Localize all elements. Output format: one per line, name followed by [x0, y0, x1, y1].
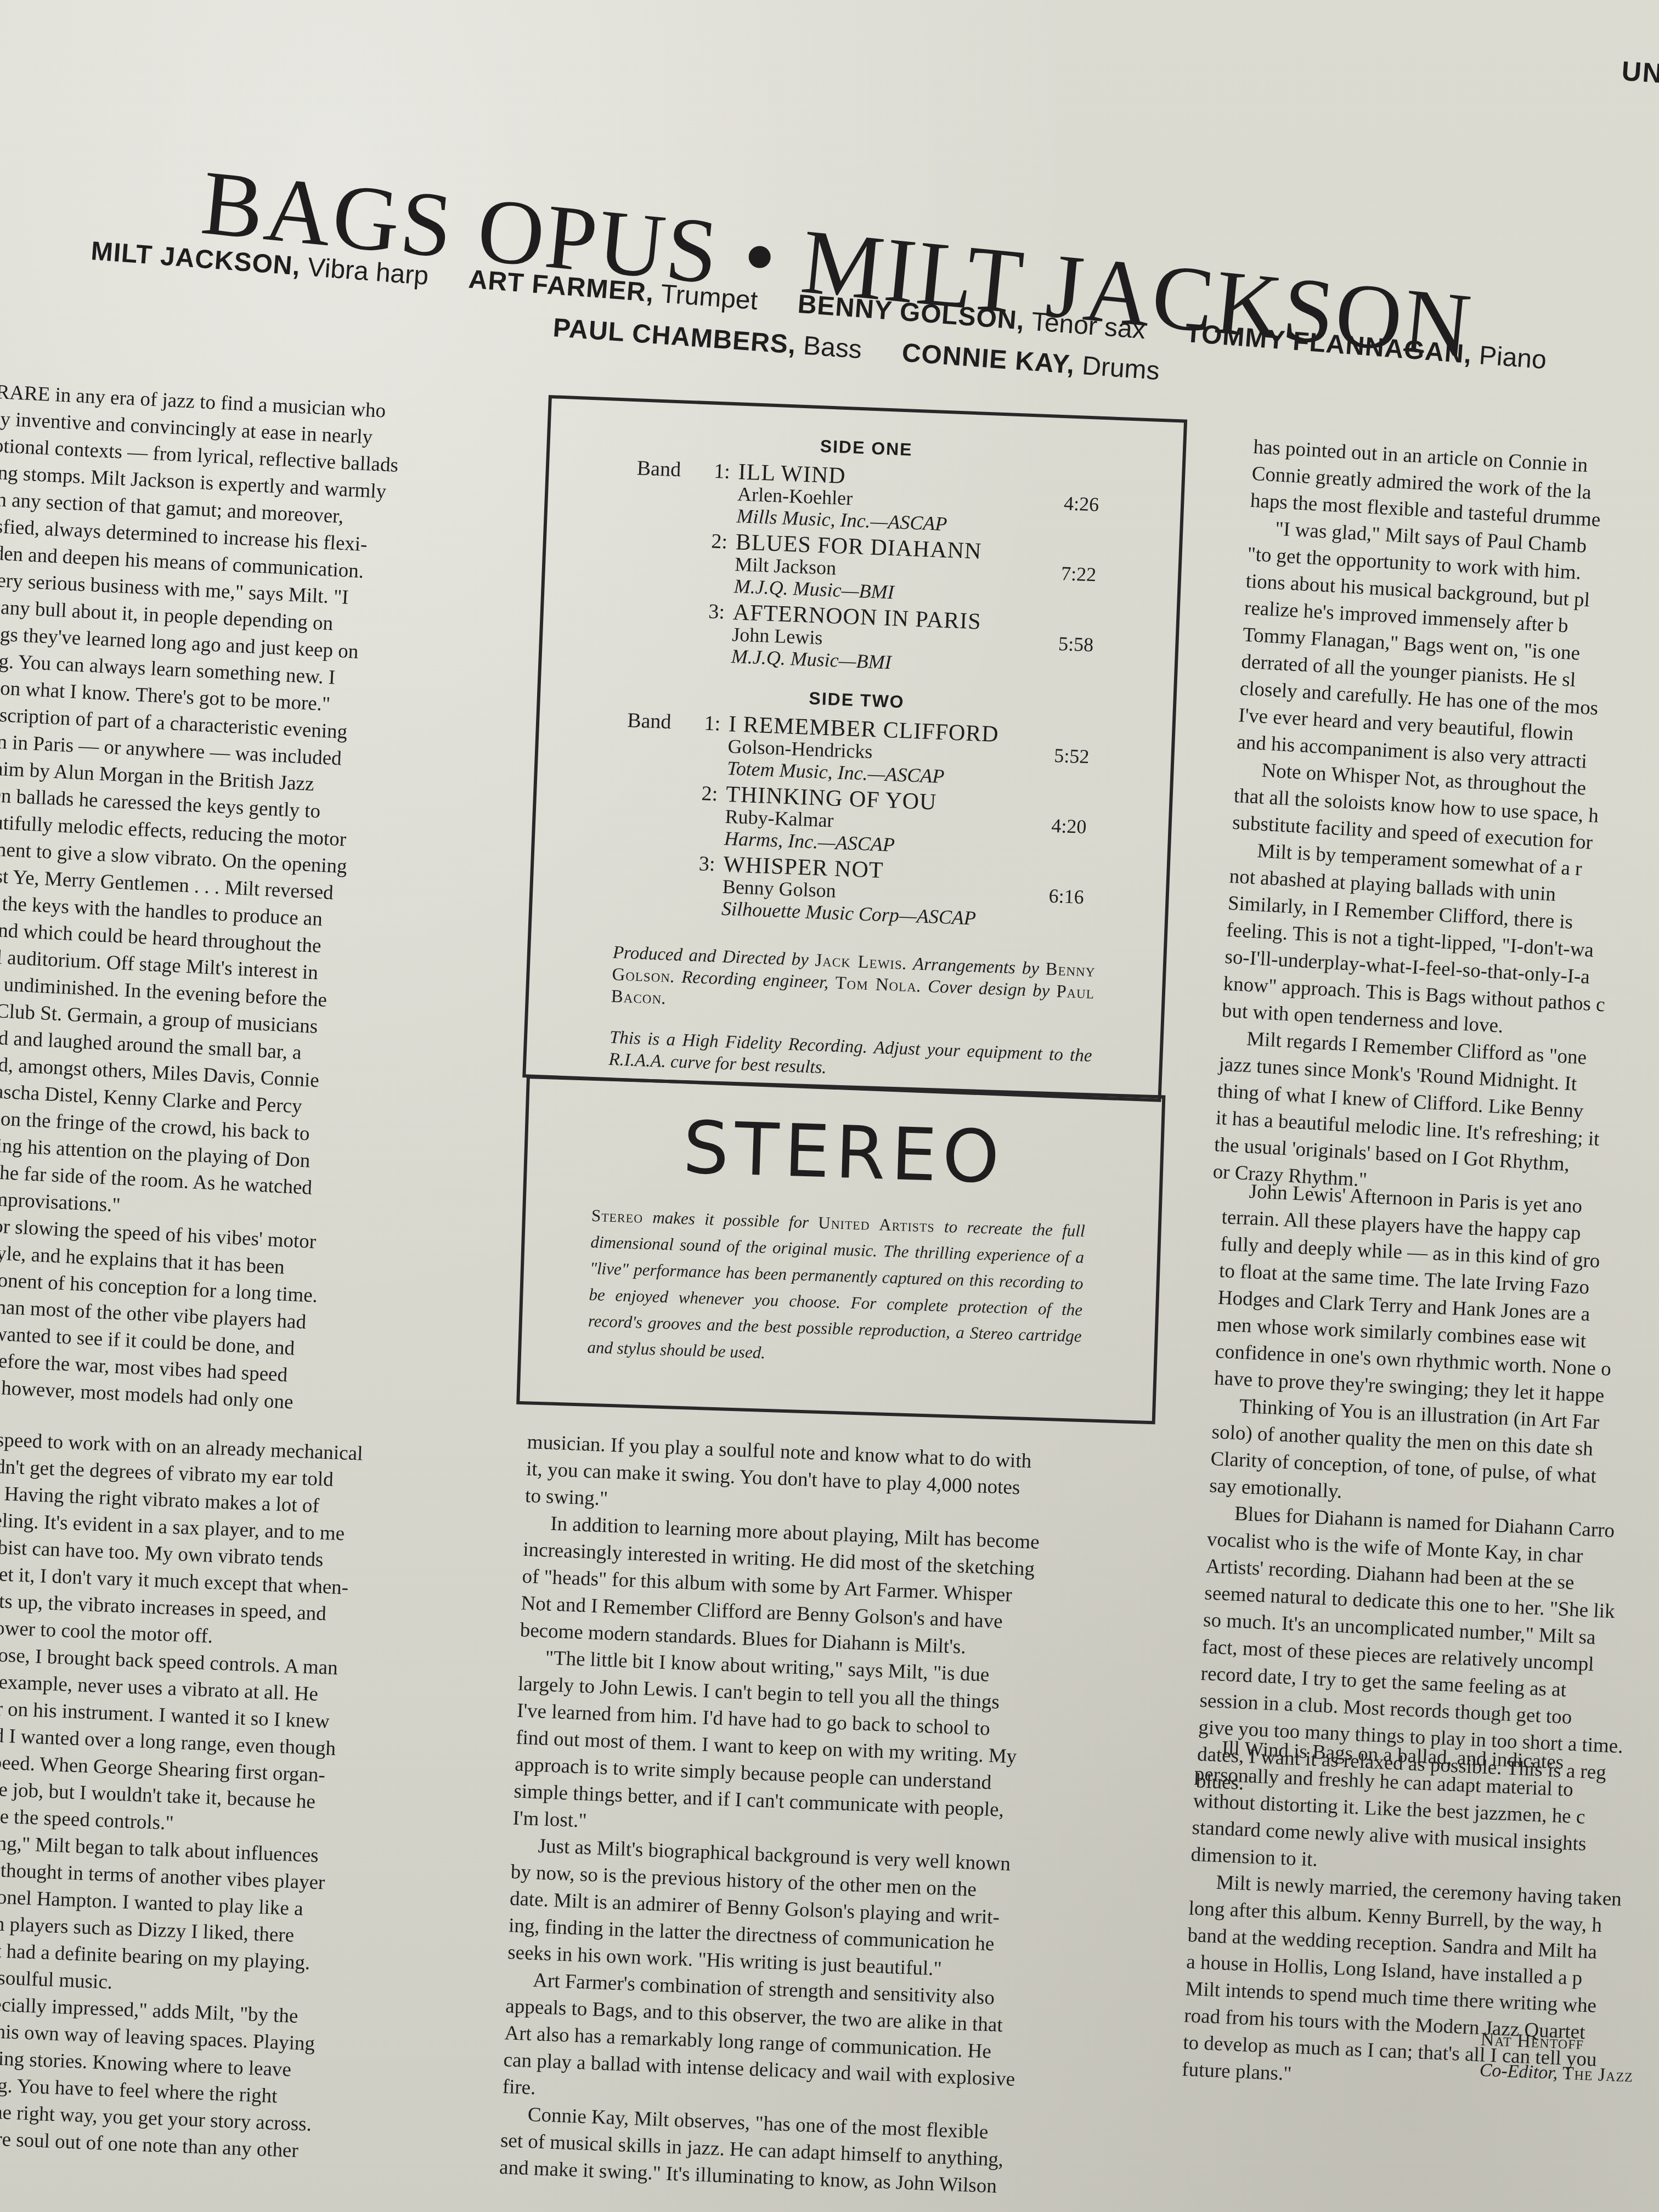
- band-label: Band: [636, 456, 703, 482]
- producer-name: Jack Lewis: [815, 950, 903, 973]
- track-number: 3:: [702, 600, 725, 624]
- musician-name: CONNIE KAY,: [901, 338, 1076, 380]
- stereo-lead: Stereo: [591, 1206, 643, 1227]
- track-number: 1:: [698, 712, 721, 736]
- author-role: Co-Editor, The Jazz: [1479, 2055, 1634, 2092]
- credits-text: .: [661, 989, 667, 1008]
- author-role-title: Co-Editor,: [1479, 2060, 1558, 2083]
- liner-notes-right-middle: John Lewis' Afternoon in Paris is yet an…: [1195, 1177, 1659, 1817]
- track-duration: 5:52: [1054, 744, 1090, 768]
- track-duration: 7:22: [1060, 562, 1097, 586]
- musician-instrument: Piano: [1478, 341, 1547, 375]
- stereo-heading: STEREO: [527, 1101, 1161, 1205]
- musician-name: PAUL CHAMBERS,: [552, 313, 797, 360]
- track-duration: 6:16: [1048, 884, 1085, 909]
- liner-notes-left-lower: speed to work with on an already mechani…: [0, 1426, 468, 2170]
- stereo-text-part: makes it possible for: [643, 1207, 819, 1232]
- track-duration: 4:26: [1063, 492, 1099, 516]
- label-name: United Artists: [818, 1213, 935, 1236]
- track-number: 1:: [708, 459, 731, 483]
- liner-notes-right-upper: has pointed out in an article on Connie …: [1212, 433, 1659, 1212]
- track-publisher: Harms, Inc.—ASCAP: [724, 827, 895, 856]
- musician-instrument: Bass: [803, 331, 863, 364]
- fidelity-note: This is a High Fidelity Recording. Adjus…: [608, 1026, 1092, 1089]
- track-duration: 5:58: [1058, 632, 1094, 656]
- stereo-text-part: to recreate the full dimensional sound o…: [587, 1217, 1085, 1362]
- stereo-box: STEREO Stereo makes it possible for Unit…: [516, 1075, 1165, 1424]
- credits-text: . Arrangements by: [902, 954, 1046, 979]
- record-label-brand: UN: [1621, 55, 1659, 89]
- tracklist-box: SIDE ONE Band 1: ILL WIND Arlen-Koehler …: [522, 395, 1187, 1102]
- stereo-description: Stereo makes it possible for United Arti…: [587, 1203, 1086, 1376]
- track-number: 2:: [705, 529, 728, 554]
- track-publisher: Silhouette Music Corp—ASCAP: [721, 897, 977, 930]
- track-publisher: M.J.Q. Music—BMI: [733, 574, 894, 603]
- engineer-name: Tom Nola: [835, 973, 917, 996]
- musician-instrument: Trumpet: [660, 279, 759, 315]
- track-number: 3:: [693, 852, 716, 876]
- production-credits: Produced and Directed by Jack Lewis. Arr…: [611, 941, 1096, 1026]
- track-number: 2:: [696, 782, 719, 806]
- track-publisher: M.J.Q. Music—BMI: [731, 645, 891, 674]
- track-duration: 4:20: [1051, 814, 1087, 838]
- liner-notes-center: musician. If you play a soulful note and…: [499, 1429, 1142, 2204]
- author-signature: Nat Hentoff Co-Editor, The Jazz: [1479, 2024, 1635, 2092]
- liner-notes-left-upper: RARE in any era of jazz to find a musici…: [0, 379, 501, 1424]
- album-back-cover: UN BAGS OPUS • MILT JACKSON MILT JACKSON…: [0, 0, 1659, 2212]
- musician-instrument: Drums: [1081, 351, 1161, 386]
- author-publication: The Jazz: [1562, 2063, 1633, 2086]
- credits-text: . Recording engineer,: [670, 967, 836, 993]
- credits-text: . Cover design by: [916, 977, 1057, 1002]
- band-label: Band: [627, 709, 694, 735]
